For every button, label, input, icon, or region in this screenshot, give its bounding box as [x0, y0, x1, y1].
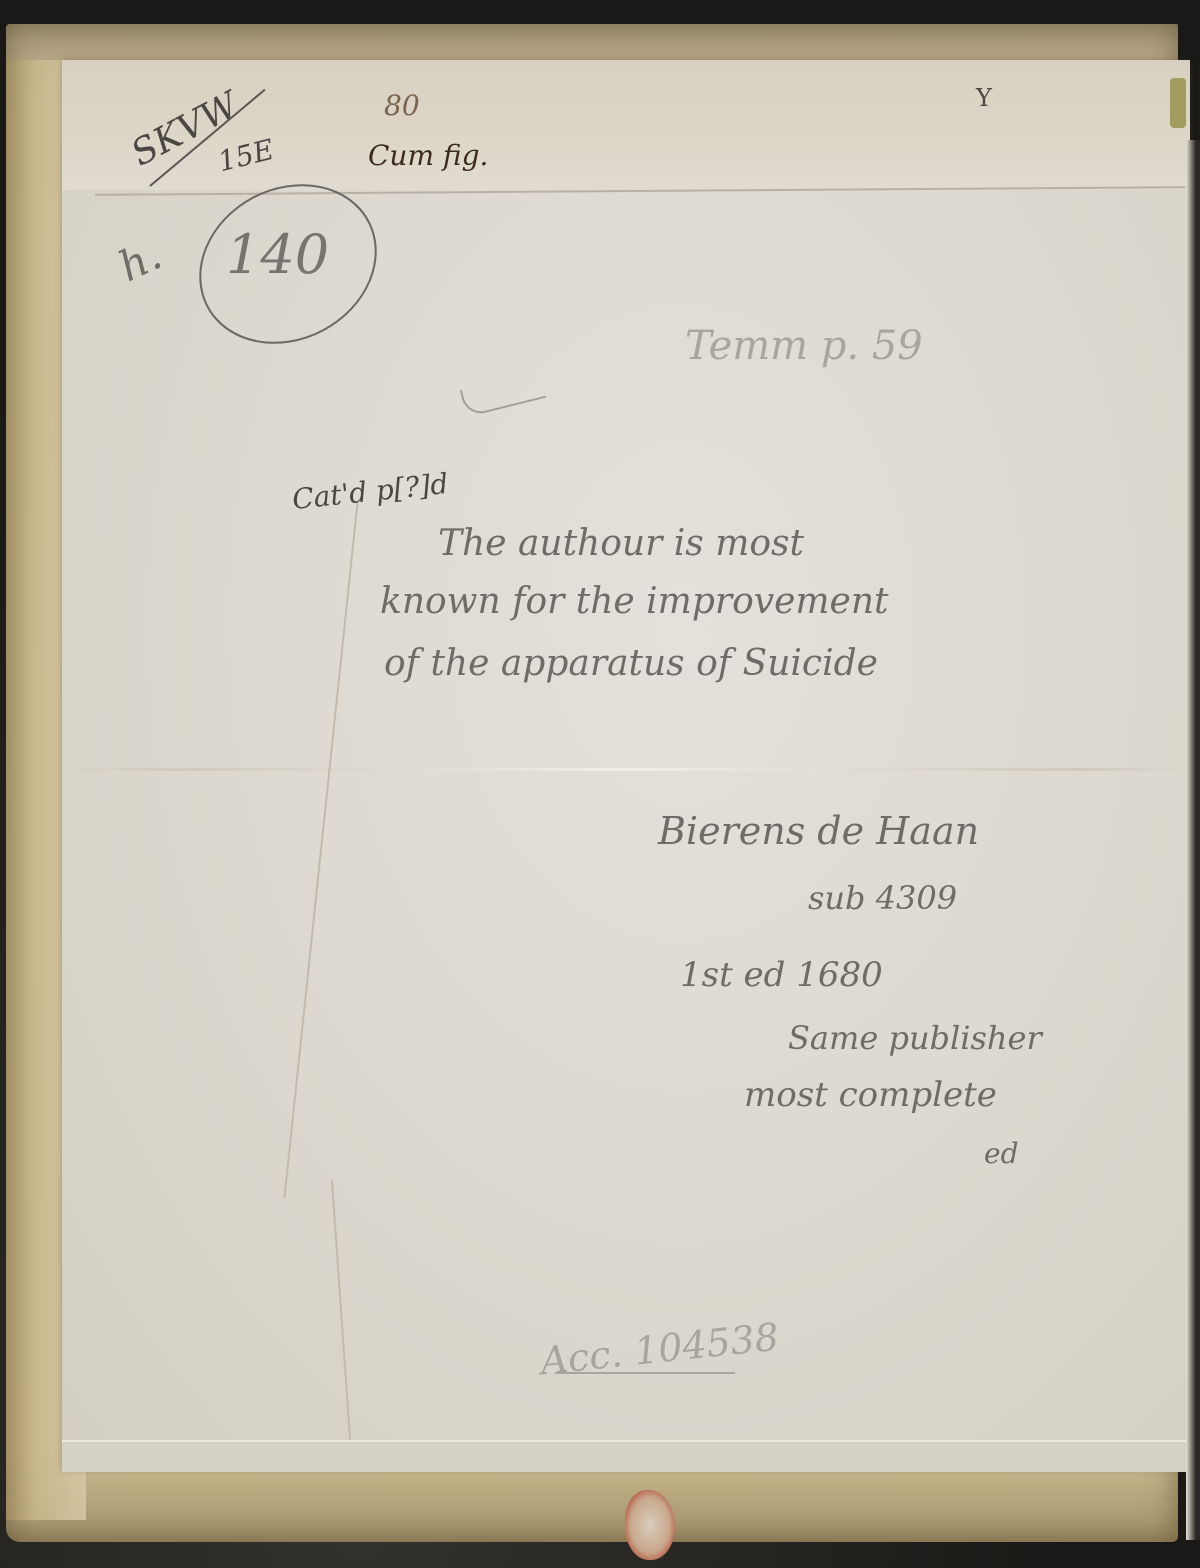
remark-line-2: known for the improvement — [380, 584, 888, 620]
red-stain — [625, 1490, 675, 1560]
corner-mark: Y — [976, 86, 992, 110]
completeness-note: most complete — [744, 1078, 997, 1112]
temm-reference: Temm p. 59 — [685, 326, 923, 366]
remark-line-1: The authour is most — [438, 526, 804, 562]
circled-number: 140 — [226, 228, 329, 282]
reference-note: sub 4309 — [808, 882, 957, 914]
first-edition-note: 1st ed 1680 — [680, 958, 883, 992]
publisher-note: Same publisher — [788, 1022, 1042, 1054]
green-stain — [1170, 78, 1186, 128]
cum-fig-note: Cum fig. — [368, 142, 488, 170]
format-note: 80 — [384, 92, 420, 120]
remark-line-3: of the apparatus of Suicide — [384, 646, 878, 682]
spine-edge — [1186, 140, 1200, 1540]
bottom-band — [62, 1440, 1190, 1472]
attribution-note: Bierens de Haan — [658, 812, 979, 850]
accession-underline — [555, 1372, 735, 1374]
fold-line — [62, 768, 1190, 771]
completeness-ed: ed — [984, 1140, 1019, 1168]
